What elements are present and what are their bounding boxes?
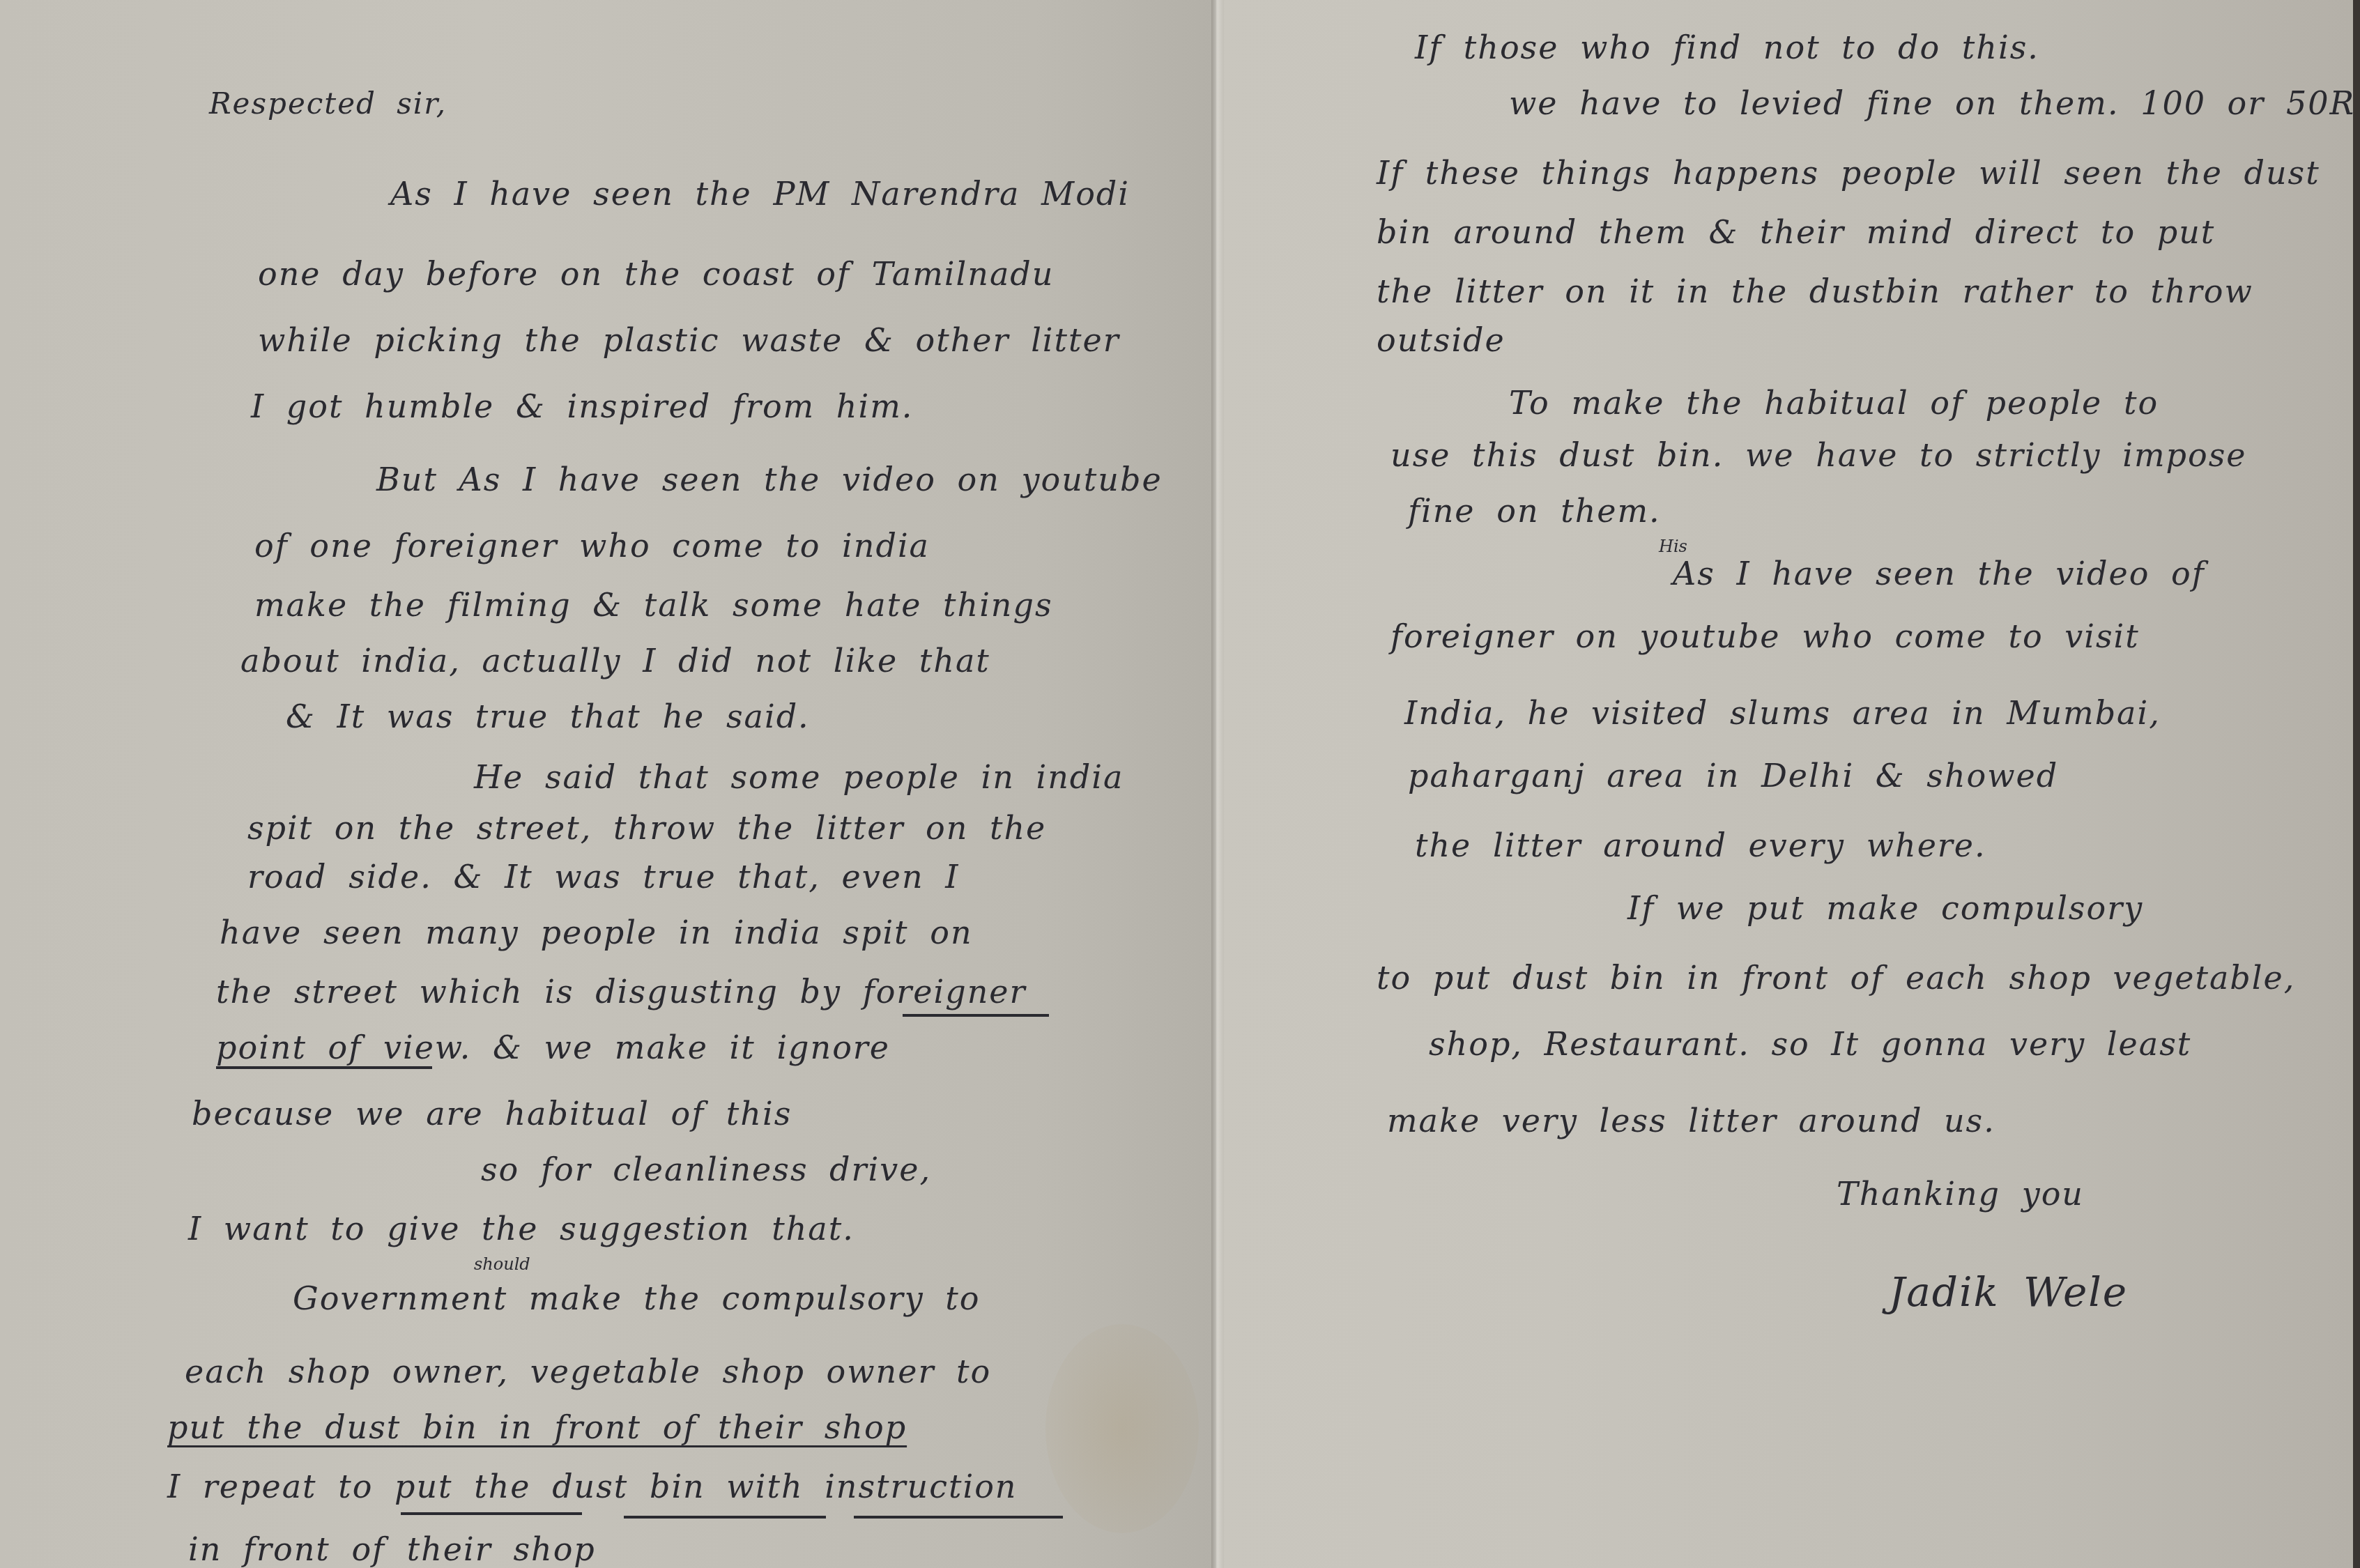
letter-line: about india, actually I did not like tha…	[240, 645, 990, 677]
underline-mark	[903, 1014, 1049, 1017]
insertion-should: should	[474, 1254, 530, 1274]
letter-line: so for cleanliness drive,	[481, 1153, 931, 1185]
letter-line: Government make the compulsory to	[293, 1282, 981, 1314]
paper-stain	[1045, 1324, 1199, 1533]
letter-line: As I have seen the PM Narendra Modi	[390, 178, 1130, 210]
letter-line: If those who find not to do this.	[1415, 31, 2039, 63]
letter-line: in front of their shop	[188, 1533, 596, 1565]
letter-line: As I have seen the video of	[1673, 558, 2205, 590]
letter-line: If we put make compulsory	[1627, 892, 2143, 924]
letter-line: I got humble & inspired from him.	[251, 390, 913, 422]
letter-line: one day before on the coast of Tamilnadu	[258, 258, 1054, 290]
letter-line: we have to levied fine on them. 100 or 5…	[1509, 87, 2360, 119]
letter-line: while picking the plastic waste & other …	[258, 324, 1120, 356]
letter-line: But As I have seen the video on youtube	[376, 463, 1163, 495]
letter-line: the litter on it in the dustbin rather t…	[1377, 275, 2253, 307]
letter-line: the litter around every where.	[1415, 829, 1986, 861]
letter-line: fine on them.	[1408, 495, 1661, 527]
letter-line: each shop owner, vegetable shop owner to	[185, 1355, 991, 1388]
letter-line: use this dust bin. we have to strictly i…	[1390, 439, 2247, 471]
letter-line: to put dust bin in front of each shop ve…	[1377, 962, 2295, 994]
salutation: Respected sir,	[209, 89, 447, 118]
letter-line: He said that some people in india	[474, 761, 1124, 793]
underline-mark	[216, 1066, 432, 1069]
letter-line: make the filming & talk some hate things	[254, 589, 1053, 621]
insertion-his: His	[1659, 537, 1687, 556]
right-page: If those who find not to do this. we hav…	[1216, 0, 2353, 1568]
letter-line-underlined: put the dust bin in front of their shop	[167, 1411, 907, 1443]
underline-mark	[401, 1512, 582, 1515]
underline-mark	[624, 1516, 826, 1519]
letter-line: bin around them & their mind direct to p…	[1377, 216, 2215, 248]
letter-line: I repeat to put the dust bin with instru…	[167, 1470, 1017, 1502]
letter-line: If these things happens people will seen…	[1377, 157, 2320, 189]
page-fold	[1211, 0, 1224, 1568]
left-page: Respected sir, As I have seen the PM Nar…	[0, 0, 1216, 1568]
letter-line: make very less litter around us.	[1387, 1105, 1995, 1137]
letter-line: outside	[1377, 324, 1505, 356]
letter-line: spit on the street, throw the litter on …	[247, 812, 1046, 844]
letter-line: have seen many people in india spit on	[220, 916, 973, 948]
closing: Thanking you	[1837, 1178, 2084, 1210]
letter-line: I want to give the suggestion that.	[188, 1213, 855, 1245]
letter-line: point of view. & we make it ignore	[216, 1031, 890, 1063]
letter-line: To make the habitual of people to	[1509, 387, 2159, 419]
letter-line: shop, Restaurant. so It gonna very least	[1429, 1028, 2191, 1060]
letter-line: because we are habitual of this	[192, 1098, 792, 1130]
letter-line: the street which is disgusting by foreig…	[216, 976, 1027, 1008]
letter-line: & It was true that he said.	[286, 700, 810, 732]
letter-line: foreigner on youtube who come to visit	[1390, 620, 2140, 652]
signature: Jadik Wele	[1889, 1272, 2128, 1312]
letter-line: India, he visited slums area in Mumbai,	[1404, 697, 2161, 729]
letter-spread: Respected sir, As I have seen the PM Nar…	[0, 0, 2353, 1568]
background-edge	[2353, 0, 2360, 1568]
letter-line: road side. & It was true that, even I	[247, 861, 959, 893]
letter-line: paharganj area in Delhi & showed	[1408, 760, 2058, 792]
underline-mark	[854, 1516, 1063, 1519]
letter-line: of one foreigner who come to india	[254, 530, 930, 562]
